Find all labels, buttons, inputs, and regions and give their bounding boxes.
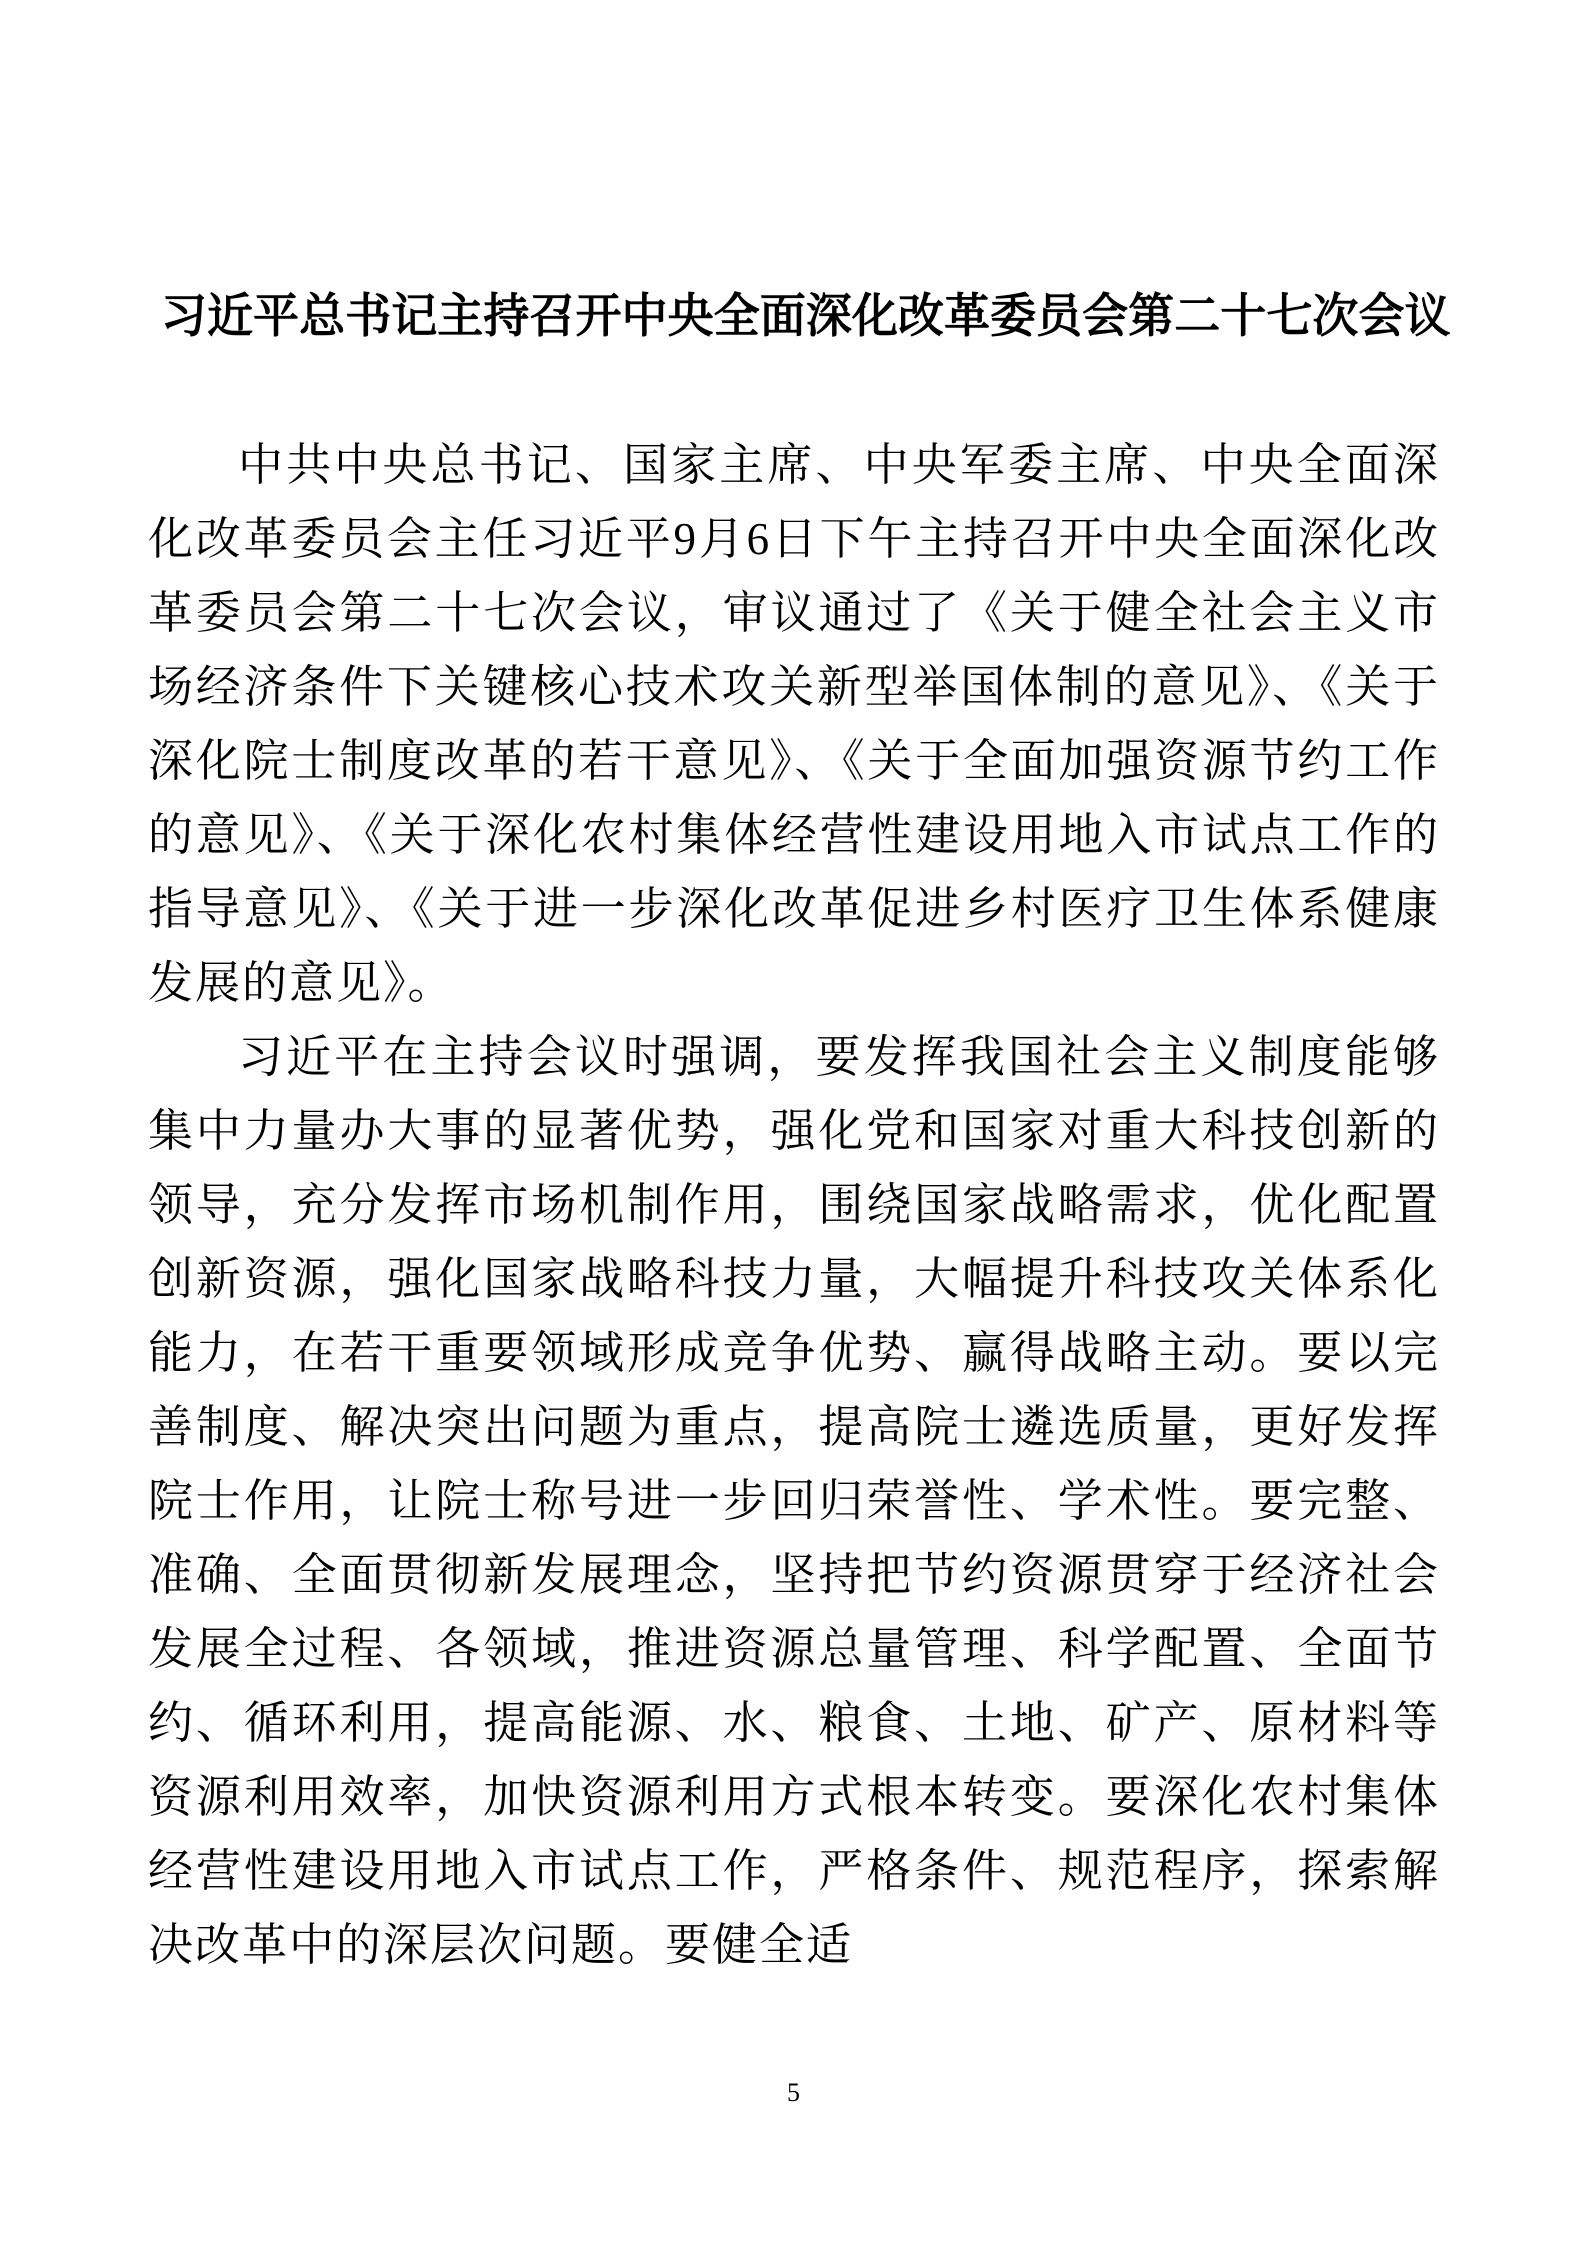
document-body: 中共中央总书记、国家主席、中央军委主席、中央全面深化改革委员会主任习近平9月6日… [148, 428, 1440, 1982]
page-content: 习近平总书记主持召开中央全面深化改革委员会第二十七次会议 中共中央总书记、国家主… [148, 0, 1440, 1982]
document-page: 习近平总书记主持召开中央全面深化改革委员会第二十七次会议 中共中央总书记、国家主… [0, 0, 1587, 2245]
document-title: 习近平总书记主持召开中央全面深化改革委员会第二十七次会议 [161, 0, 1427, 344]
paragraph-1: 中共中央总书记、国家主席、中央军委主席、中央全面深化改革委员会主任习近平9月6日… [148, 428, 1440, 1020]
paragraph-2: 习近平在主持会议时强调，要发挥我国社会主义制度能够集中力量办大事的显著优势，强化… [148, 1020, 1440, 1982]
page-number: 5 [0, 2078, 1587, 2108]
